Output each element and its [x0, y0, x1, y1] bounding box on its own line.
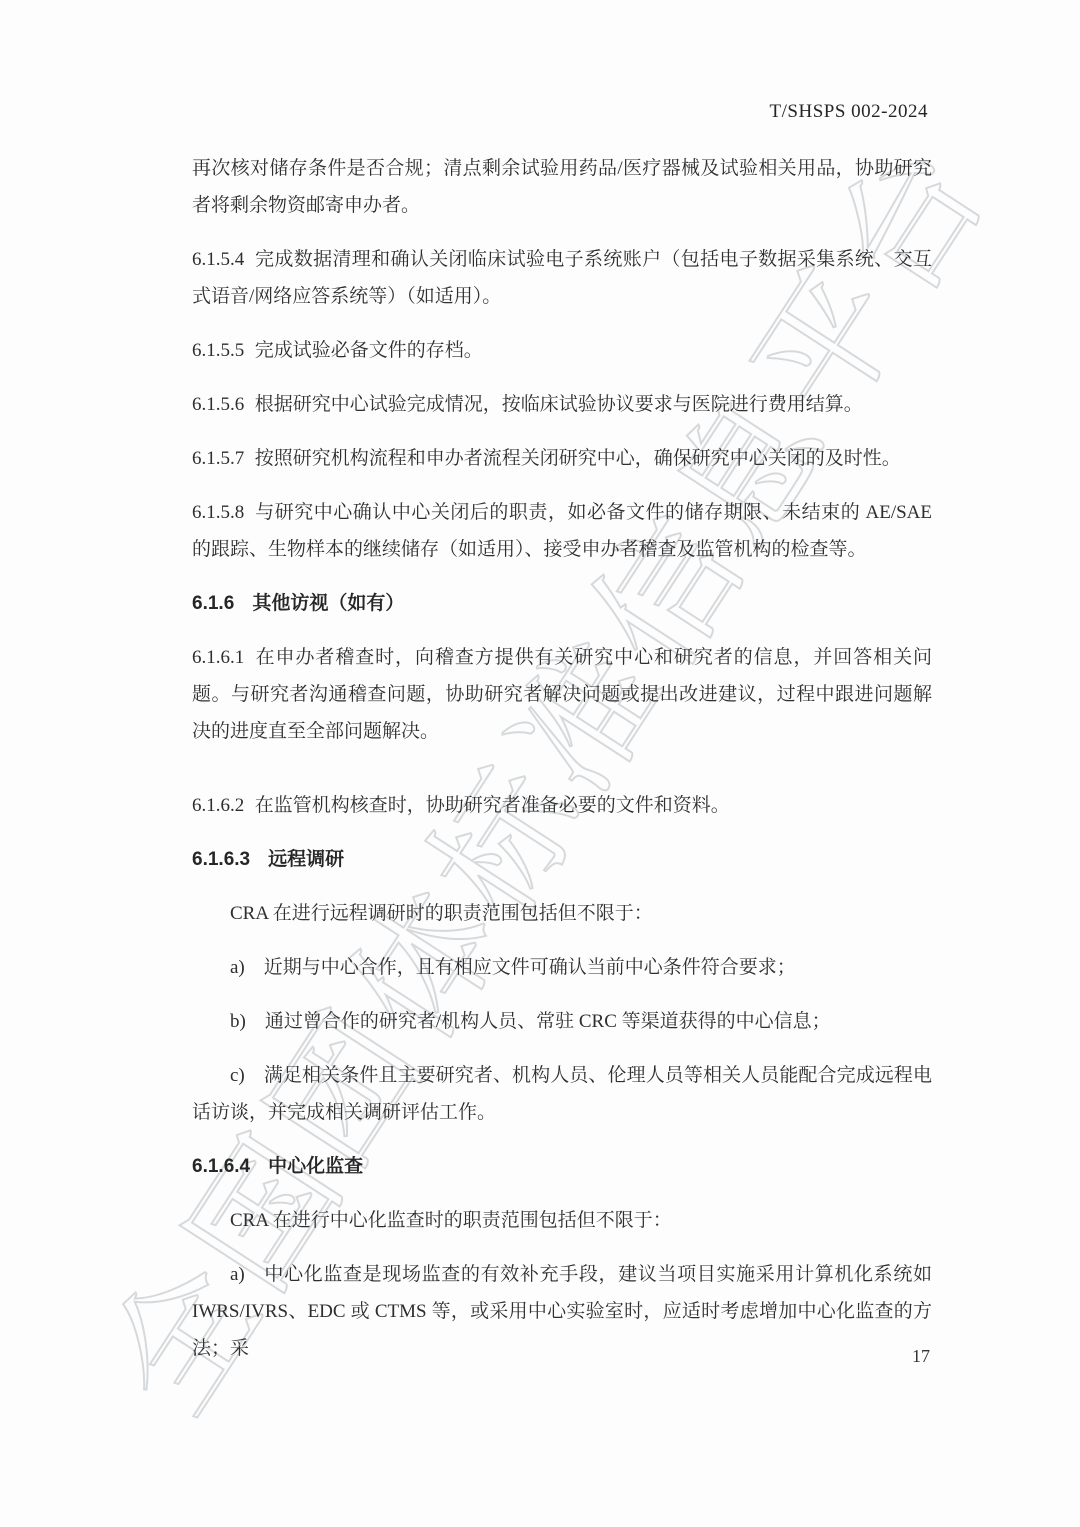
document-body: 再次核对储存条件是否合规；清点剩余试验用药品/医疗器械及试验相关用品，协助研究者…	[192, 150, 932, 1367]
clause-number: 6.1.5.5	[192, 340, 244, 361]
paragraph-text: 完成试验必备文件的存档。	[255, 340, 483, 361]
clause-number: 6.1.6.2	[192, 795, 244, 816]
paragraph-text: 完成数据清理和确认关闭临床试验电子系统账户（包括电子数据采集系统、交互式语音/网…	[192, 249, 932, 307]
paragraph-text: 其他访视（如有）	[252, 593, 404, 614]
section-heading: 6.1.6其他访视（如有）	[192, 585, 932, 622]
doc-code: T/SHSPS 002-2024	[770, 101, 928, 123]
paragraph-text: 通过曾合作的研究者/机构人员、常驻 CRC 等渠道获得的中心信息；	[265, 1011, 831, 1032]
document-page: 全国团体标准信息平台 T/SHSPS 002-2024 再次核对储存条件是否合规…	[0, 0, 1080, 1527]
paragraph-text: CRA 在进行远程调研时的职责范围包括但不限于：	[230, 903, 653, 924]
paragraph: 6.1.6.2在监管机构核查时，协助研究者准备必要的文件和资料。	[192, 787, 932, 824]
paragraph: CRA 在进行中心化监查时的职责范围包括但不限于：	[192, 1202, 932, 1239]
clause-number: 6.1.6.4	[192, 1156, 250, 1177]
list-marker: b)	[230, 1011, 246, 1032]
paragraph: a)中心化监查是现场监查的有效补充手段，建议当项目实施采用计算机化系统如 IWR…	[192, 1256, 932, 1367]
paragraph: 6.1.5.7按照研究机构流程和申办者流程关闭研究中心，确保研究中心关闭的及时性…	[192, 440, 932, 477]
paragraph-text: 满足相关条件且主要研究者、机构人员、伦理人员等相关人员能配合完成远程电话访谈，并…	[192, 1065, 932, 1123]
clause-number: 6.1.5.6	[192, 394, 244, 415]
paragraph-text: 在申办者稽查时，向稽查方提供有关研究中心和研究者的信息，并回答相关问题。与研究者…	[192, 647, 932, 742]
paragraph-text: 按照研究机构流程和申办者流程关闭研究中心，确保研究中心关闭的及时性。	[255, 448, 901, 469]
section-heading: 6.1.6.4中心化监查	[192, 1148, 932, 1185]
clause-number: 6.1.5.4	[192, 249, 244, 270]
paragraph: a)近期与中心合作，且有相应文件可确认当前中心条件符合要求；	[192, 949, 932, 986]
paragraph-text: 再次核对储存条件是否合规；清点剩余试验用药品/医疗器械及试验相关用品，协助研究者…	[192, 158, 932, 216]
clause-number: 6.1.6.1	[192, 647, 244, 668]
list-marker: a)	[230, 1264, 245, 1285]
clause-number: 6.1.6	[192, 593, 234, 614]
paragraph: 6.1.6.1在申办者稽查时，向稽查方提供有关研究中心和研究者的信息，并回答相关…	[192, 639, 932, 750]
paragraph-text: 根据研究中心试验完成情况，按临床试验协议要求与医院进行费用结算。	[255, 394, 863, 415]
paragraph-text: 近期与中心合作，且有相应文件可确认当前中心条件符合要求；	[264, 957, 796, 978]
paragraph-text: 中心化监查	[268, 1156, 363, 1177]
clause-number: 6.1.6.3	[192, 849, 250, 870]
page-number: 17	[912, 1346, 930, 1367]
list-marker: a)	[230, 957, 245, 978]
paragraph: 再次核对储存条件是否合规；清点剩余试验用药品/医疗器械及试验相关用品，协助研究者…	[192, 150, 932, 224]
paragraph-text: 在监管机构核查时，协助研究者准备必要的文件和资料。	[255, 795, 730, 816]
paragraph: 6.1.5.5完成试验必备文件的存档。	[192, 332, 932, 369]
clause-number: 6.1.5.8	[192, 502, 244, 523]
paragraph-text: 中心化监查是现场监查的有效补充手段，建议当项目实施采用计算机化系统如 IWRS/…	[192, 1264, 932, 1359]
paragraph: 6.1.5.8与研究中心确认中心关闭后的职责，如必备文件的储存期限、未结束的 A…	[192, 494, 932, 568]
clause-number: 6.1.5.7	[192, 448, 244, 469]
list-marker: c)	[230, 1065, 245, 1086]
section-heading: 6.1.6.3远程调研	[192, 841, 932, 878]
paragraph: b)通过曾合作的研究者/机构人员、常驻 CRC 等渠道获得的中心信息；	[192, 1003, 932, 1040]
paragraph: 6.1.5.4完成数据清理和确认关闭临床试验电子系统账户（包括电子数据采集系统、…	[192, 241, 932, 315]
paragraph-text: 与研究中心确认中心关闭后的职责，如必备文件的储存期限、未结束的 AE/SAE 的…	[192, 502, 932, 560]
paragraph-text: CRA 在进行中心化监查时的职责范围包括但不限于：	[230, 1210, 672, 1231]
paragraph-text: 远程调研	[268, 849, 344, 870]
paragraph: c)满足相关条件且主要研究者、机构人员、伦理人员等相关人员能配合完成远程电话访谈…	[192, 1057, 932, 1131]
paragraph: CRA 在进行远程调研时的职责范围包括但不限于：	[192, 895, 932, 932]
paragraph: 6.1.5.6根据研究中心试验完成情况，按临床试验协议要求与医院进行费用结算。	[192, 386, 932, 423]
